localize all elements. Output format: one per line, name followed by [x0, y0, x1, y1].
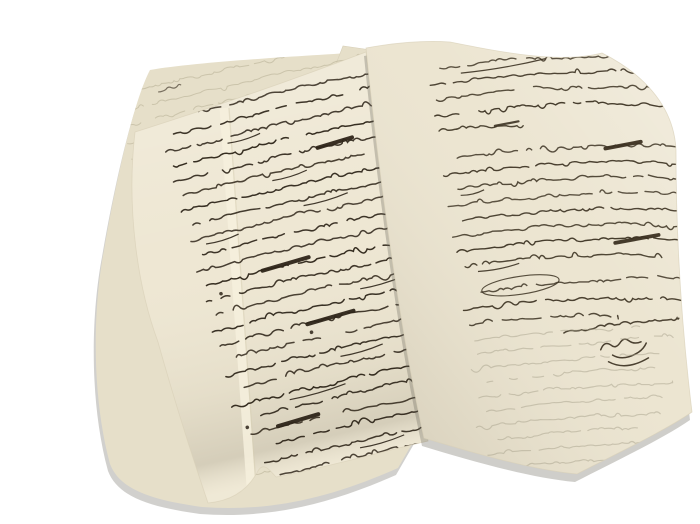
photo-canvas	[0, 0, 700, 524]
manuscript-photo	[0, 0, 700, 524]
